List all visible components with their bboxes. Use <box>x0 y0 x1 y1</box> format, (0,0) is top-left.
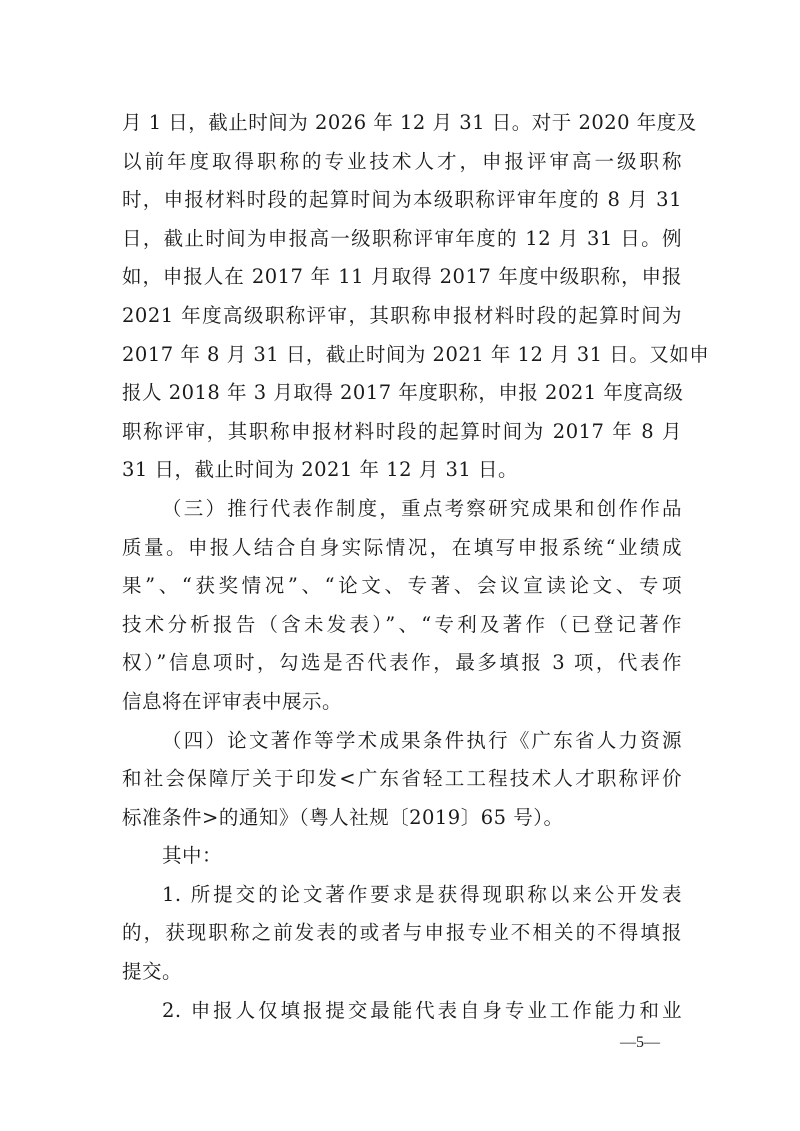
list-item-line: 1. 所提交的论文著作要求是获得现职称以来公开发表 <box>122 876 682 915</box>
section-heading-line: （三）推行代表作制度，重点考察研究成果和创作作品 <box>122 490 682 529</box>
text-line: 日，截止时间为申报高一级职称评审年度的 12 月 31 日。例 <box>122 220 682 259</box>
text-line: 的，获现职称之前发表的或者与申报专业不相关的不得填报 <box>122 914 682 953</box>
text-line: 31 日，截止时间为 2021 年 12 月 31 日。 <box>122 451 682 490</box>
text-line: 报人 2018 年 3 月取得 2017 年度职称，申报 2021 年度高级 <box>122 374 682 413</box>
text-line: 如，申报人在 2017 年 11 月取得 2017 年度中级职称，申报 <box>122 258 682 297</box>
text-line: 技术分析报告（含未发表）”、“专利及著作（已登记著作 <box>122 606 682 645</box>
text-line: 其中： <box>122 837 682 876</box>
text-line: 月 1 日，截止时间为 2026 年 12 月 31 日。对于 2020 年度及 <box>122 104 682 143</box>
paragraph-item-1: 1. 所提交的论文著作要求是获得现职称以来公开发表 的，获现职称之前发表的或者与… <box>122 876 682 992</box>
text-line: 果”、“获奖情况”、“论文、专著、会议宣读论文、专项 <box>122 567 682 606</box>
paragraph-continued: 月 1 日，截止时间为 2026 年 12 月 31 日。对于 2020 年度及… <box>122 104 682 490</box>
text-line: 质量。申报人结合自身实际情况，在填写申报系统“业绩成 <box>122 529 682 568</box>
paragraph-item-2: 2. 申报人仅填报提交最能代表自身专业工作能力和业 <box>122 992 682 1031</box>
text-line: 以前年度取得职称的专业技术人才，申报评审高一级职称 <box>122 143 682 182</box>
paragraph-among: 其中： <box>122 837 682 876</box>
text-line: 信息将在评审表中展示。 <box>122 683 682 722</box>
text-line: 时，申报材料时段的起算时间为本级职称评审年度的 8 月 31 <box>122 181 682 220</box>
text-line: 职称评审，其职称申报材料时段的起算时间为 2017 年 8 月 <box>122 413 682 452</box>
list-item-line: 2. 申报人仅填报提交最能代表自身专业工作能力和业 <box>122 992 682 1031</box>
text-line: 权）”信息项时，勾选是否代表作，最多填报 3 项，代表作 <box>122 644 682 683</box>
document-body: 月 1 日，截止时间为 2026 年 12 月 31 日。对于 2020 年度及… <box>122 104 682 1030</box>
section-heading-line: （四）论文著作等学术成果条件执行《广东省人力资源 <box>122 722 682 761</box>
paragraph-section-3: （三）推行代表作制度，重点考察研究成果和创作作品 质量。申报人结合自身实际情况，… <box>122 490 682 722</box>
text-line: 标准条件>的通知》（粤人社规〔2019〕65 号）。 <box>122 799 682 838</box>
text-line: 提交。 <box>122 953 682 992</box>
text-line: 和社会保障厅关于印发<广东省轻工工程技术人才职称评价 <box>122 760 682 799</box>
text-line: 2021 年度高级职称评审，其职称申报材料时段的起算时间为 <box>122 297 682 336</box>
text-line: 2017 年 8 月 31 日，截止时间为 2021 年 12 月 31 日。又… <box>122 336 682 375</box>
paragraph-section-4: （四）论文著作等学术成果条件执行《广东省人力资源 和社会保障厅关于印发<广东省轻… <box>122 722 682 838</box>
page-number: —5— <box>620 1034 660 1052</box>
